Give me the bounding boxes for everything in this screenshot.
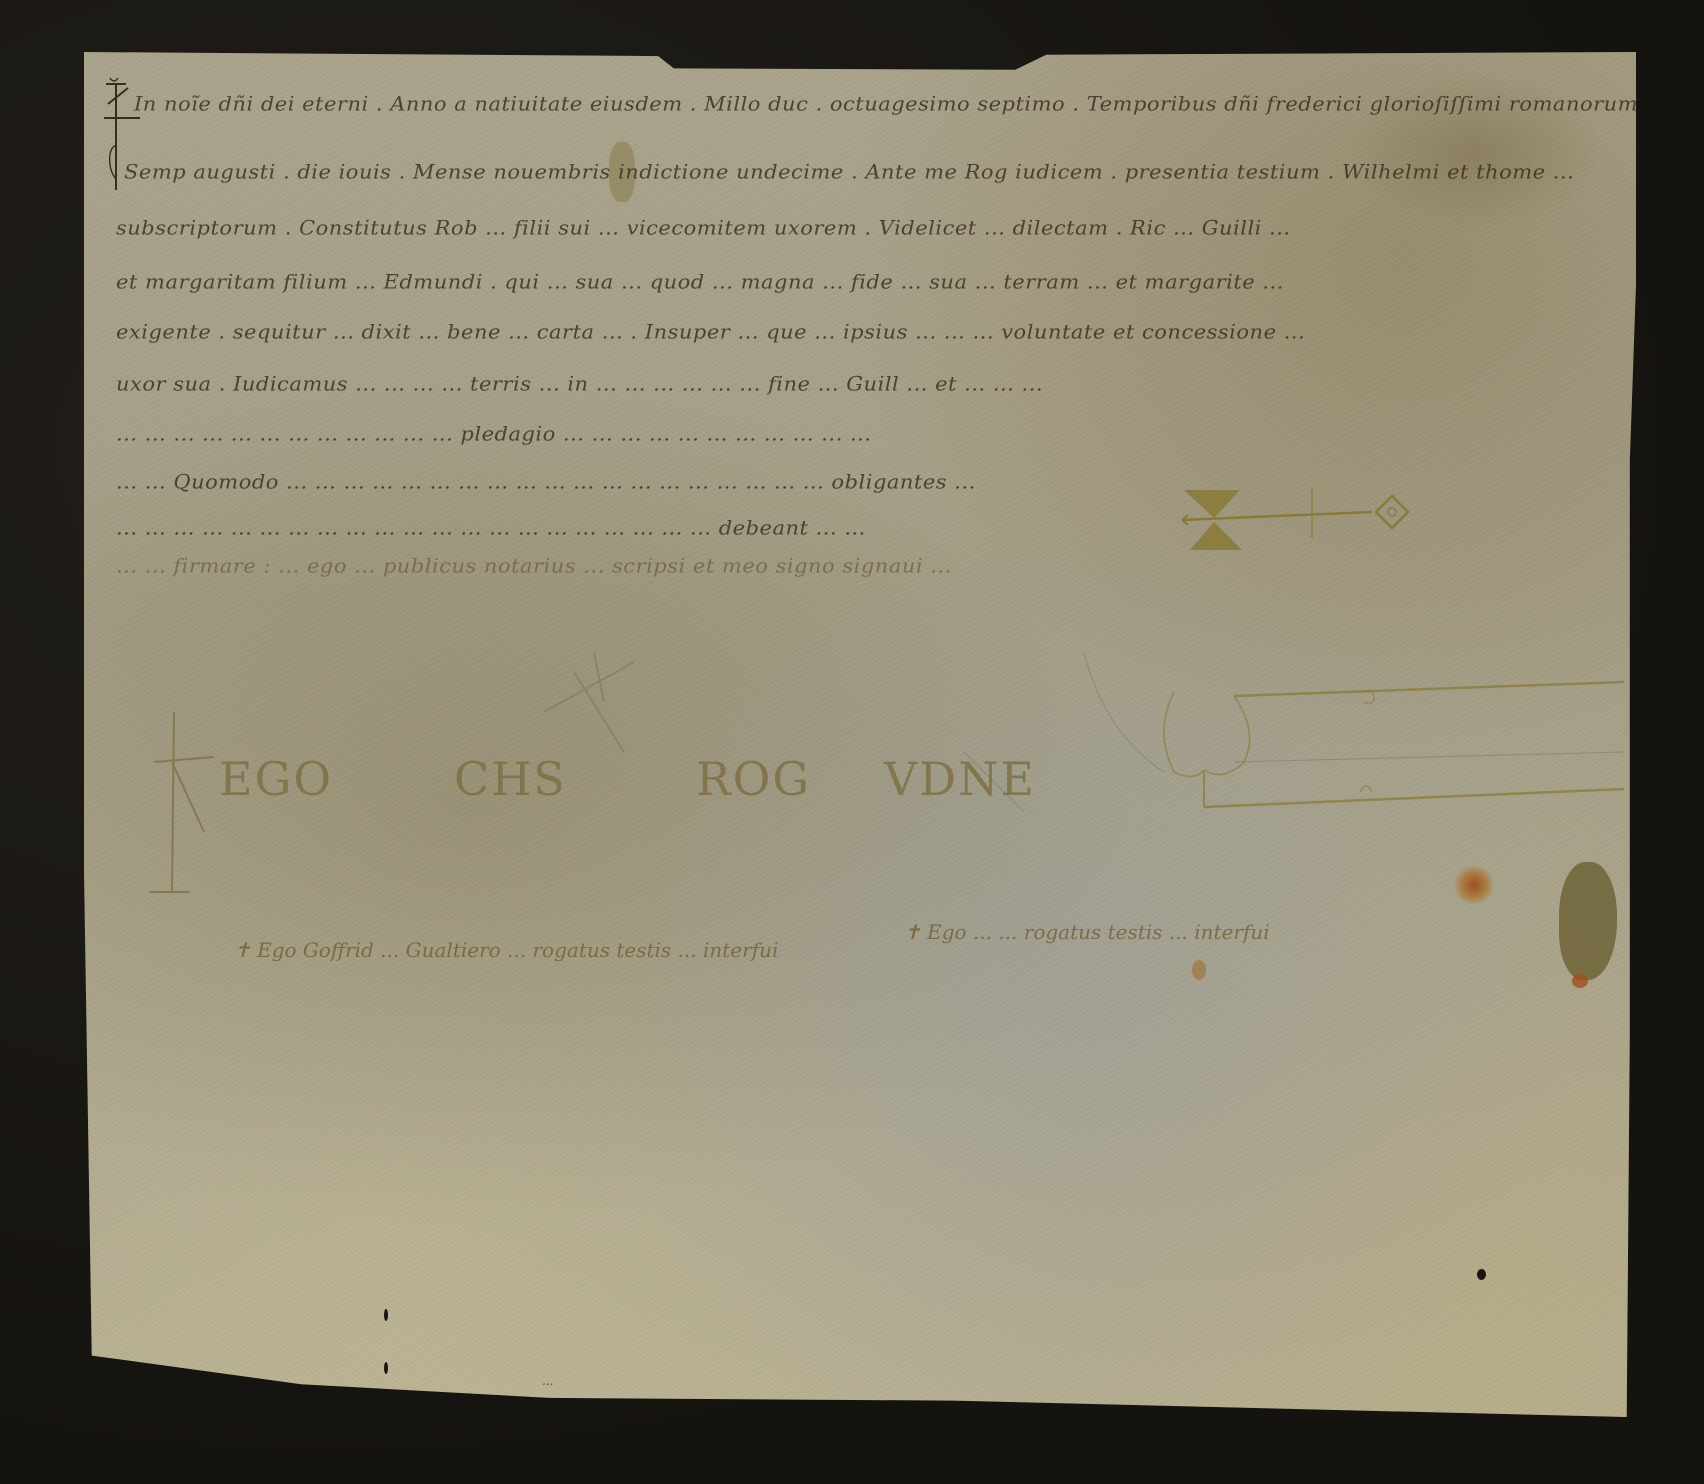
witness-subscription-2: ✝ Ego ... ... rogatus testis ... interfu… (904, 920, 1270, 944)
charter-line-9: ... ... ... ... ... ... ... ... ... ... … (116, 517, 866, 539)
parchment-hole (1477, 1269, 1486, 1280)
charter-line-1: In noĩe dñi dei eterni . Anno a natiuita… (134, 93, 1704, 115)
charter-line-4: et margaritam filium ... Edmundi . qui .… (116, 271, 1284, 293)
charter-line-10: ... ... firmare : ... ego ... publicus n… (116, 555, 952, 577)
ruled-box-sketch (1084, 652, 1636, 832)
charter-line-8: ... ... Quomodo ... ... ... ... ... ... … (116, 471, 976, 493)
charter-line-2: Semp augusti . die iouis . Mense nouembr… (124, 161, 1574, 183)
charter-line-6: uxor sua . Iudicamus ... ... ... ... ter… (116, 373, 1043, 395)
witness-subscription-1: ✝ Ego Goffrid ... Gualtiero ... rogatus … (234, 938, 778, 962)
olive-stain (1559, 862, 1617, 980)
cross-signum-icon (144, 702, 224, 902)
monogram-ego: EGO (219, 752, 333, 806)
small-rust-spot (1572, 974, 1588, 988)
margin-note: ... (542, 1374, 553, 1388)
parchment-hole (384, 1362, 388, 1374)
charter-line-5: exigente . sequitur ... dixit ... bene .… (116, 321, 1305, 343)
monogram-rog: ROG (696, 752, 811, 806)
charter-line-7: ... ... ... ... ... ... ... ... ... ... … (116, 423, 871, 445)
parchment-charter: In noĩe dñi dei eterni . Anno a natiuita… (84, 52, 1636, 1417)
rust-stain (1454, 866, 1494, 904)
small-rust-spot (1192, 960, 1206, 980)
parchment-hole (384, 1309, 388, 1321)
notarial-signum-icon (1182, 482, 1412, 572)
charter-line-3: subscriptorum . Constitutus Rob ... fili… (116, 217, 1291, 239)
monogram-vdne: VDNE (884, 752, 1036, 806)
monogram-chs: CHS (454, 752, 567, 806)
